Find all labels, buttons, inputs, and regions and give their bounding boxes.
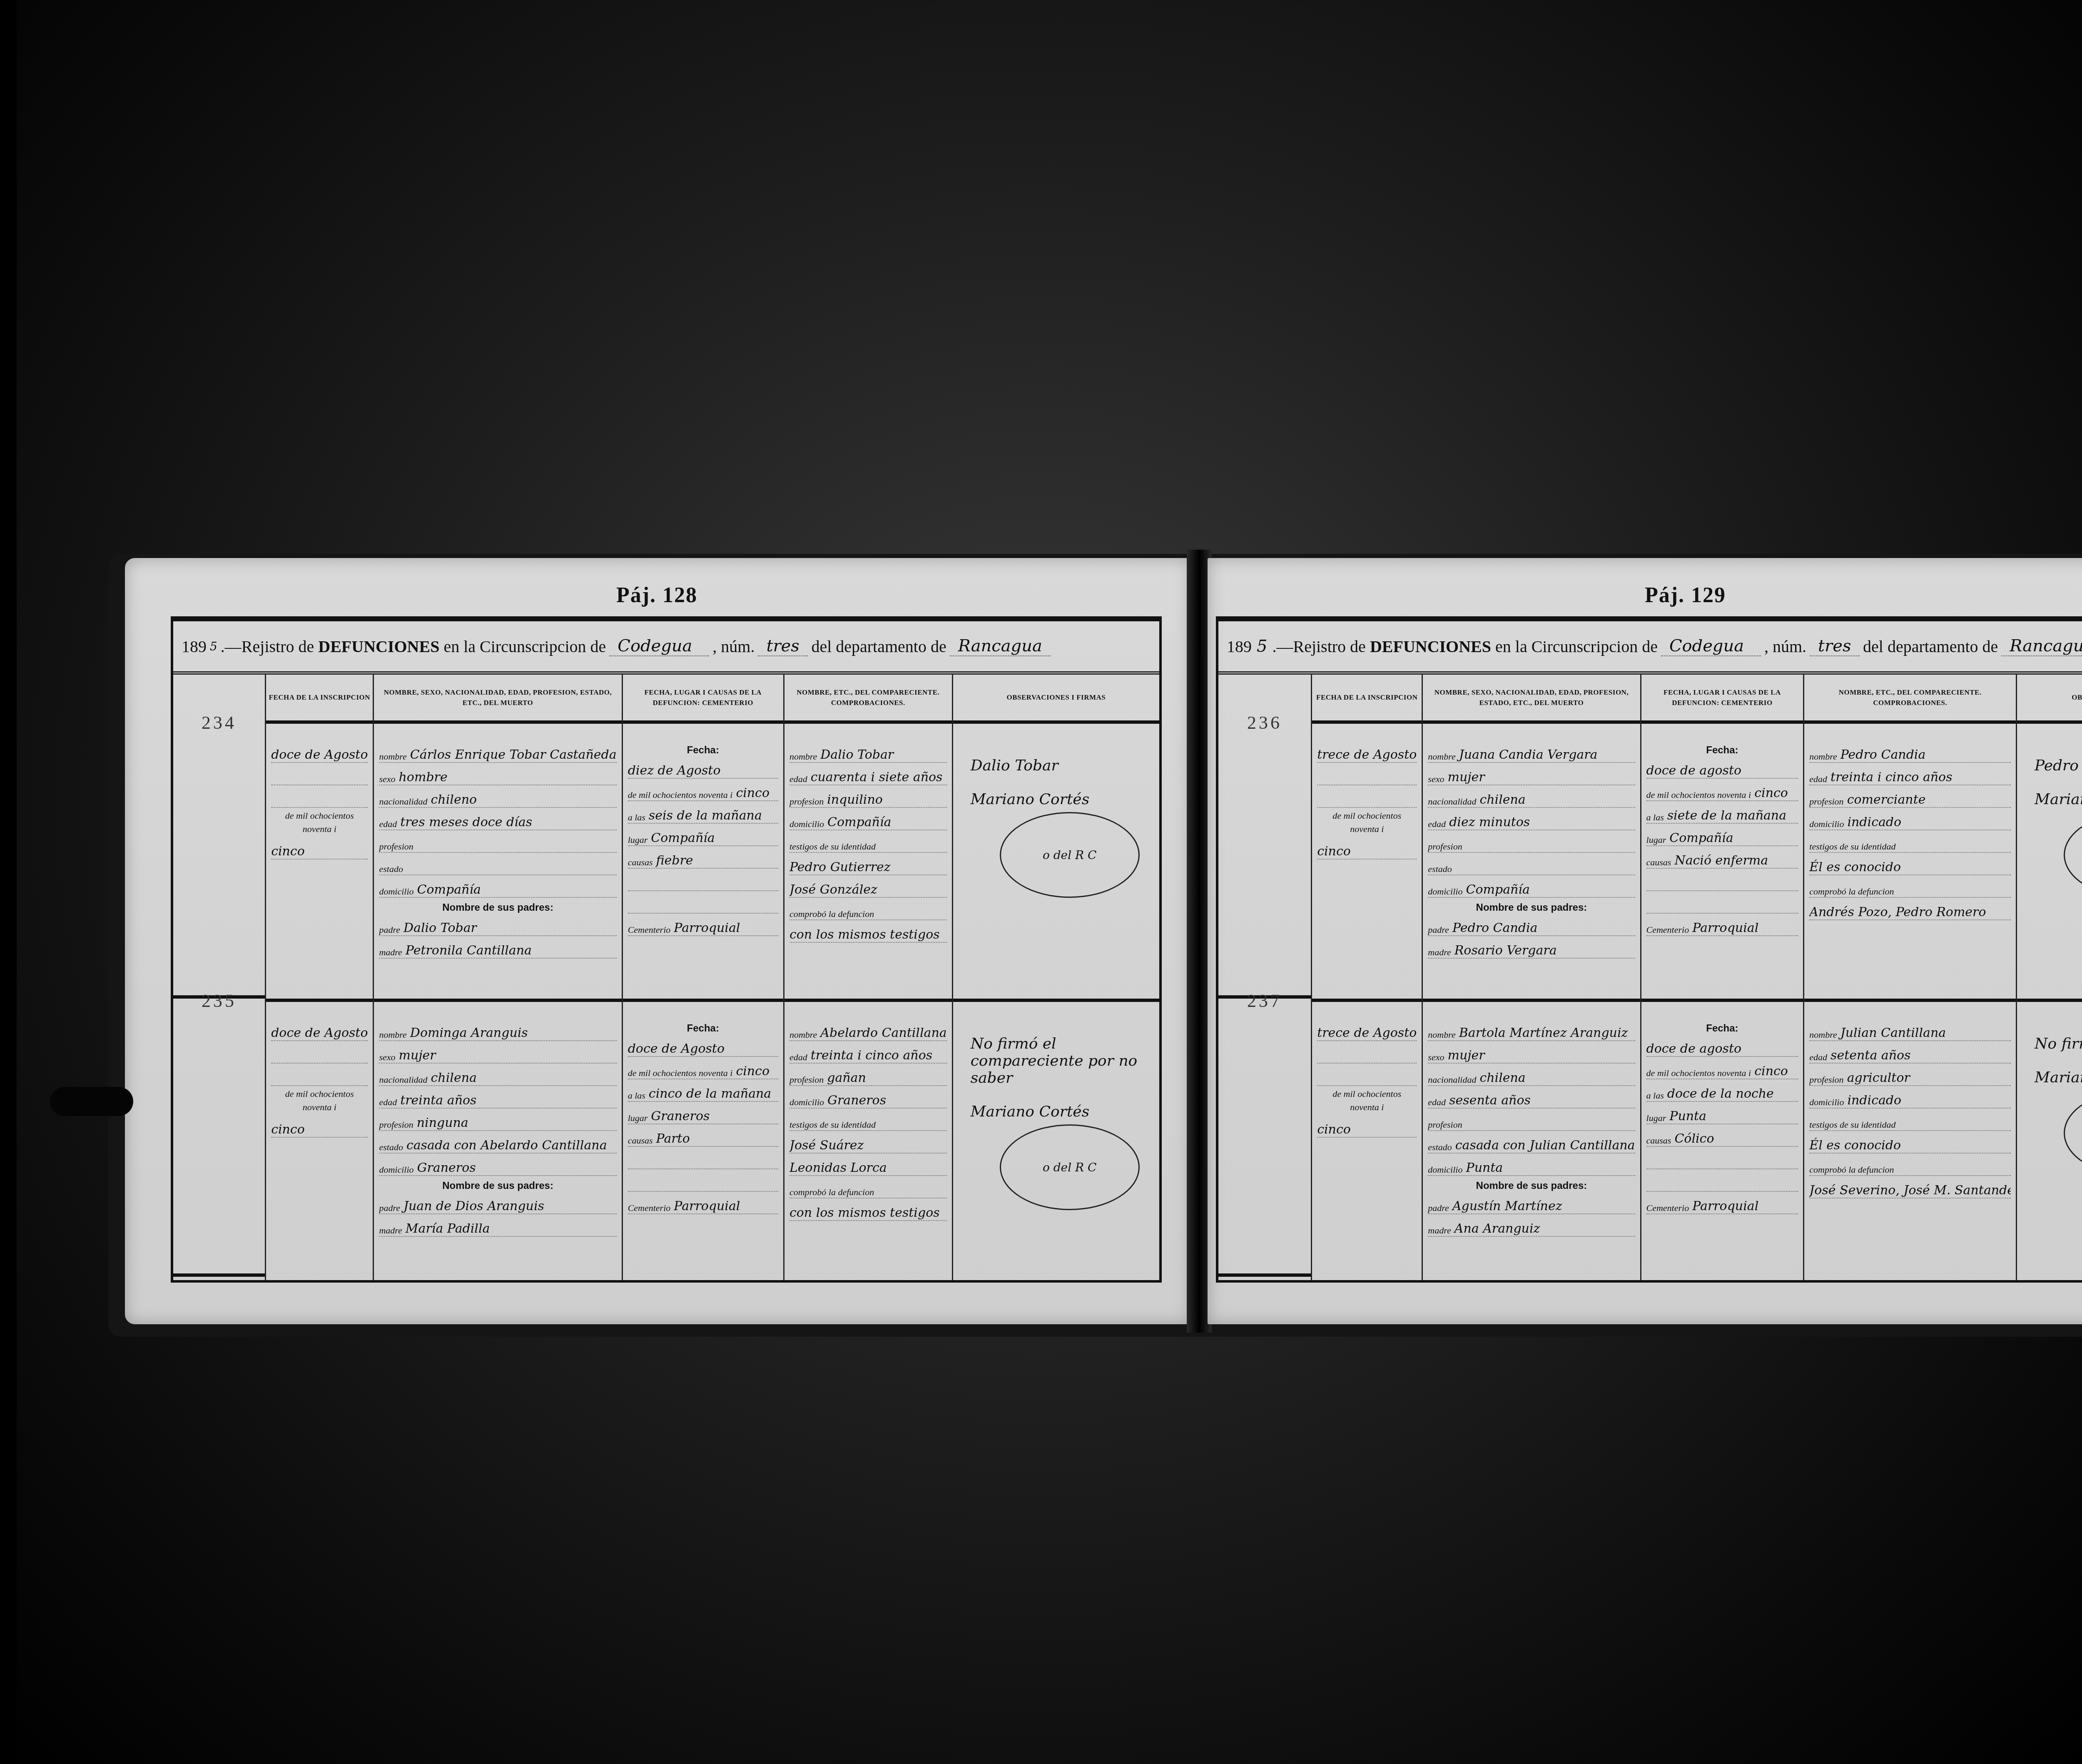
dept-label: del departamento de	[811, 637, 946, 656]
deceased-edad-value: diez minutos	[1449, 815, 1530, 830]
column-0: 236237	[1218, 675, 1312, 1280]
death-year-label: de mil ochocientos noventa i	[1646, 1068, 1751, 1079]
inscription-date-value: doce de Agosto	[271, 747, 368, 762]
inscription-year: cinco	[271, 837, 368, 860]
cemetery-label: Cementerio	[1646, 924, 1689, 935]
deceased-sexo-value: mujer	[1447, 770, 1484, 785]
deceased-sexo-value: hombre	[399, 770, 448, 785]
deceased-sexo-value: mujer	[399, 1048, 436, 1063]
deceased-nombre-value: Dominga Aranguis	[410, 1026, 528, 1040]
column-2: NOMBRE, SEXO, NACIONALIDAD, EDAD, PROFES…	[1423, 675, 1641, 1280]
column-header: NOMBRE, SEXO, NACIONALIDAD, EDAD, PROFES…	[1423, 675, 1640, 724]
verified-by-value: Andrés Pozo, Pedro Romero	[1809, 905, 1986, 919]
blank-line	[1646, 891, 1798, 914]
deceased-sexo: sexomujer	[379, 1041, 616, 1064]
death-time: a lasseis de la mañana	[628, 801, 778, 824]
declarant-nombre-value: Julian Cantillana	[1840, 1026, 1946, 1040]
deceased-nacionalidad-value: chilena	[1479, 792, 1525, 807]
deceased-profesion: profesion	[379, 830, 616, 853]
death-time-value: cinco de la mañana	[649, 1086, 771, 1101]
death-year: de mil ochocientos noventa icinco	[1646, 779, 1798, 801]
inscription-date: doce de Agosto	[271, 1019, 368, 1041]
cemetery-label: Cementerio	[628, 1203, 671, 1213]
deceased-edad-label: edad	[1428, 819, 1446, 830]
title-bold: DEFUNCIONES	[1370, 637, 1491, 656]
verified-by-value: José Severino, José M. Santander	[1809, 1183, 2011, 1198]
cemetery-value: Parroquial	[1692, 921, 1758, 935]
deceased-profesion: profesionninguna	[379, 1109, 616, 1131]
declarant-domicilio: domicilioCompañía	[789, 808, 947, 830]
deceased-madre-label: madre	[379, 1225, 402, 1236]
register-entry-cell: nombreJulian Cantillanaedadsetenta añosp…	[1804, 1002, 2016, 1280]
deceased-padre-value: Juan de Dios Aranguis	[403, 1199, 544, 1213]
circunscripcion-value: Codegua	[609, 636, 709, 656]
death-year: de mil ochocientos noventa icinco	[1646, 1057, 1798, 1079]
deceased-edad: edadtres meses doce días	[379, 808, 616, 830]
register-entry-cell: Fecha:doce de agostode mil ochocientos n…	[1641, 724, 1803, 1002]
death-time-label: a las	[628, 812, 645, 823]
deceased-estado-label: estado	[379, 1142, 403, 1153]
declarant-nombre: nombreDalio Tobar	[789, 740, 947, 763]
death-cause-value: Cólico	[1674, 1131, 1714, 1146]
declarant-domicilio-label: domicilio	[789, 1097, 824, 1108]
blank-line	[271, 1064, 368, 1086]
fecha-heading: Fecha:	[628, 745, 778, 756]
death-year-label: de mil ochocientos noventa i	[1646, 790, 1751, 800]
witnesses-label-label: testigos de su identidad	[1809, 841, 1895, 852]
register-entry-cell: trece de Agostode mil ochocientosnoventa…	[1312, 1002, 1422, 1280]
register-entry-cell: nombreDominga Aranguissexomujernacionali…	[374, 1002, 621, 1280]
deceased-nacionalidad-value: chilena	[1479, 1071, 1525, 1085]
register-entry-cell: nombreCárlos Enrique Tobar Castañedasexo…	[374, 724, 621, 1002]
column-header: FECHA DE LA INSCRIPCION	[266, 675, 373, 724]
title-text: .—Rejistro de	[1272, 637, 1365, 656]
death-cause: causasParto	[628, 1124, 778, 1147]
death-time: a lasdoce de la noche	[1646, 1079, 1798, 1102]
entry-number: 235	[178, 990, 260, 1012]
witness-value: Él es conocido	[1809, 1138, 1901, 1153]
declarant-edad-label: edad	[789, 774, 807, 785]
death-date-value: doce de Agosto	[628, 1041, 725, 1056]
death-place-value: Punta	[1669, 1109, 1706, 1124]
deceased-domicilio-label: domicilio	[379, 1164, 413, 1175]
declarant-edad-label: edad	[1809, 774, 1827, 785]
deceased-sexo-label: sexo	[1428, 774, 1444, 785]
blank-line	[1317, 785, 1417, 808]
year-line-1: de mil ochocientos	[1317, 1089, 1417, 1099]
cemetery: CementerioParroquial	[1646, 1192, 1798, 1214]
deceased-estado: estadocasada con Abelardo Cantillana	[379, 1131, 616, 1154]
year-line-2: noventa i	[271, 1102, 368, 1113]
declarant-profesion: profesioninquilino	[789, 785, 947, 808]
deceased-sexo-label: sexo	[1428, 1052, 1444, 1063]
deceased-edad-value: treinta años	[400, 1093, 476, 1108]
death-place-value: Compañía	[1669, 831, 1733, 845]
departamento-value: Rancagua	[950, 636, 1051, 656]
witnesses-label: testigos de su identidad	[1809, 1109, 2011, 1131]
death-year: de mil ochocientos noventa icinco	[628, 779, 778, 801]
deceased-estado-value: casada con Julian Cantillana	[1455, 1138, 1635, 1153]
declarant-domicilio-value: Compañía	[827, 815, 891, 830]
column-5: OBSERVACIONES I FIRMASDalio TobarMariano…	[953, 675, 1159, 1280]
deceased-nombre: nombreCárlos Enrique Tobar Castañeda	[379, 740, 616, 763]
deceased-domicilio-label: domicilio	[1428, 1164, 1462, 1175]
departamento-value: Rancagua	[2001, 636, 2082, 656]
column-3: FECHA, LUGAR I CAUSAS DE LA DEFUNCION: C…	[623, 675, 784, 1280]
column-1: FECHA DE LA INSCRIPCIONdoce de Agostode …	[266, 675, 374, 1280]
column-header: FECHA DE LA INSCRIPCION	[1312, 675, 1422, 724]
death-year-label: de mil ochocientos noventa i	[628, 790, 733, 800]
death-place: lugarGraneros	[628, 1102, 778, 1124]
deceased-nombre: nombreJuana Candia Vergara	[1428, 740, 1635, 763]
page-number: Páj. 128	[616, 583, 697, 608]
blank-line	[1317, 1064, 1417, 1086]
deceased-edad-value: sesenta años	[1449, 1093, 1531, 1108]
death-place-value: Compañía	[651, 831, 715, 845]
signature-flourish: o del R C	[1000, 812, 1140, 898]
witnesses-label-label: testigos de su identidad	[1809, 1119, 1895, 1130]
deceased-padre: padreJuan de Dios Aranguis	[379, 1192, 616, 1214]
witness: Pedro Gutierrez	[789, 853, 947, 875]
declarant-edad-value: treinta i cinco años	[1830, 770, 1952, 785]
verified-by: con los mismos testigos	[789, 920, 947, 943]
death-place: lugarCompañía	[628, 824, 778, 846]
deceased-estado-label: estado	[1428, 1142, 1452, 1153]
verified-label-label: comprobó la defuncion	[789, 1187, 874, 1198]
death-date: doce de agosto	[1646, 756, 1798, 779]
register-entry-cell: nombrePedro Candiaedadtreinta i cinco añ…	[1804, 724, 2016, 1002]
inscription-year-value: cinco	[1317, 844, 1351, 859]
title-mid: en la Circunscripcion de	[1495, 637, 1658, 656]
deceased-sexo-label: sexo	[379, 1052, 395, 1063]
deceased-nombre-label: nombre	[379, 1029, 406, 1040]
declarant-profesion-label: profesion	[789, 796, 824, 807]
deceased-nacionalidad-value: chileno	[431, 792, 477, 807]
declarant-profesion-value: gañan	[827, 1071, 866, 1085]
column-2: NOMBRE, SEXO, NACIONALIDAD, EDAD, PROFES…	[374, 675, 623, 1280]
deceased-padre: padreDalio Tobar	[379, 914, 616, 936]
deceased-nacionalidad-label: nacionalidad	[1428, 1074, 1476, 1085]
deceased-estado: estado	[379, 853, 616, 875]
declarant-nombre: nombreAbelardo Cantillana	[789, 1019, 947, 1041]
deceased-profesion-label: profesion	[1428, 1119, 1462, 1130]
death-date: doce de Agosto	[628, 1034, 778, 1057]
death-place-label: lugar	[628, 1113, 648, 1124]
year-line-1: de mil ochocientos	[1317, 810, 1417, 821]
declarant-edad: edadtreinta i cinco años	[1809, 763, 2011, 785]
death-place-label: lugar	[1646, 1113, 1666, 1124]
register-title: 1895 .—Rejistro de DEFUNCIONES en la Cir…	[1218, 621, 2082, 675]
death-place-label: lugar	[1646, 835, 1666, 845]
death-cause-value: Parto	[656, 1131, 690, 1146]
witnesses-label: testigos de su identidad	[789, 1109, 947, 1131]
deceased-profesion-label: profesion	[379, 841, 413, 852]
deceased-padre-value: Pedro Candia	[1452, 921, 1538, 935]
signature-officer: Mariano Cortés	[971, 791, 1154, 808]
verified-by: José Severino, José M. Santander	[1809, 1176, 2011, 1198]
year-suffix: 5	[1255, 637, 1269, 656]
death-cause: causasNació enferma	[1646, 846, 1798, 869]
deceased-padre-value: Dalio Tobar	[403, 921, 477, 935]
blank-line	[1646, 1147, 1798, 1169]
year-suffix: 5	[210, 640, 217, 653]
witness-value: Él es conocido	[1809, 860, 1901, 875]
witness-value: Pedro Gutierrez	[789, 860, 891, 875]
deceased-madre-label: madre	[1428, 947, 1451, 958]
deceased-domicilio: domicilioCompañía	[1428, 875, 1635, 898]
deceased-madre-label: madre	[379, 947, 402, 958]
deceased-nombre-label: nombre	[1428, 1029, 1455, 1040]
deceased-nacionalidad: nacionalidadchilena	[379, 1064, 616, 1086]
declarant-domicilio-value: indicado	[1847, 815, 1901, 830]
declarant-edad-label: edad	[1809, 1052, 1827, 1063]
parents-heading: Nombre de sus padres:	[1428, 902, 1635, 914]
death-year-label: de mil ochocientos noventa i	[628, 1068, 733, 1079]
title-text: .—Rejistro de	[221, 637, 314, 656]
verified-label: comprobó la defuncion	[789, 1176, 947, 1198]
deceased-nombre-label: nombre	[379, 751, 406, 762]
column-header: NOMBRE, ETC., DEL COMPARECIENTE. COMPROB…	[1804, 675, 2016, 724]
inscription-year-value: cinco	[1317, 1122, 1351, 1137]
deceased-padre-label: padre	[379, 924, 400, 935]
death-date-value: doce de agosto	[1646, 763, 1742, 778]
deceased-nombre: nombreDominga Aranguis	[379, 1019, 616, 1041]
page-number: Páj. 129	[1645, 583, 1726, 608]
deceased-nacionalidad-label: nacionalidad	[379, 796, 427, 807]
blank-line	[1317, 763, 1417, 785]
deceased-nacionalidad-label: nacionalidad	[379, 1074, 427, 1085]
register-entry-cell: 235	[173, 999, 265, 1277]
death-place-label: lugar	[628, 835, 648, 845]
register-entry-cell: trece de Agostode mil ochocientosnoventa…	[1312, 724, 1422, 1002]
cemetery: CementerioParroquial	[628, 1192, 778, 1214]
declarant-edad: edadcuarenta i siete años	[789, 763, 947, 785]
declarant-profesion-value: comerciante	[1847, 792, 1926, 807]
register-entry-cell: Fecha:doce de Agostode mil ochocientos n…	[623, 1002, 783, 1280]
entry-number: 234	[178, 712, 260, 733]
death-year-value: cinco	[736, 1064, 770, 1079]
verified-by-value: con los mismos testigos	[789, 1206, 940, 1220]
declarant-domicilio-value: Graneros	[827, 1093, 886, 1108]
inscription-date-value: doce de Agosto	[271, 1026, 368, 1040]
register-entry-cell: nombreDalio Tobaredadcuarenta i siete añ…	[784, 724, 952, 1002]
signature-flourish: o del R C	[2064, 812, 2082, 898]
deceased-padre: padrePedro Candia	[1428, 914, 1635, 936]
witnesses-label-label: testigos de su identidad	[789, 1119, 876, 1130]
declarant-profesion-value: agricultor	[1847, 1071, 1910, 1085]
inscription-year-value: cinco	[271, 1122, 305, 1137]
deceased-madre: madreAna Aranguiz	[1428, 1214, 1635, 1237]
title-mid: en la Circunscripcion de	[443, 637, 606, 656]
death-place: lugarPunta	[1646, 1102, 1798, 1124]
column-header: OBSERVACIONES I FIRMAS	[2017, 675, 2082, 724]
deceased-estado-value: casada con Abelardo Cantillana	[406, 1138, 607, 1153]
register-entry-cell: Fecha:doce de agostode mil ochocientos n…	[1641, 1002, 1803, 1280]
declarant-domicilio-label: domicilio	[1809, 1097, 1844, 1108]
declarant-profesion: profesionagricultor	[1809, 1064, 2011, 1086]
column-header: NOMBRE, ETC., DEL COMPARECIENTE. COMPROB…	[784, 675, 952, 724]
deceased-nombre-value: Juana Candia Vergara	[1459, 747, 1598, 762]
signature-flourish: o del R C	[2064, 1090, 2082, 1176]
witness: Leonidas Lorca	[789, 1154, 947, 1176]
declarant-nombre-value: Pedro Candia	[1840, 747, 1926, 762]
register-entry-cell: Dalio TobarMariano Cortéso del R C	[953, 724, 1159, 1002]
deceased-domicilio: domicilioPunta	[1428, 1154, 1635, 1176]
inscription-date-value: trece de Agosto	[1317, 1026, 1417, 1040]
death-year-value: cinco	[736, 786, 770, 800]
declarant-domicilio: domicilioindicado	[1809, 808, 2011, 830]
declarant-edad-label: edad	[789, 1052, 807, 1063]
witness-value: Leonidas Lorca	[789, 1161, 887, 1175]
deceased-estado: estado	[1428, 853, 1635, 875]
deceased-domicilio-label: domicilio	[1428, 886, 1462, 897]
entry-number: 236	[1223, 712, 1306, 733]
declarant-nombre-label: nombre	[1809, 1029, 1837, 1040]
deceased-madre: madrePetronila Cantillana	[379, 936, 616, 959]
register-entry-cell: No firmó el compareciente por no saberMa…	[953, 1002, 1159, 1280]
deceased-madre-value: Petronila Cantillana	[406, 943, 532, 958]
deceased-sexo: sexomujer	[1428, 763, 1635, 785]
num-value: tres	[1810, 636, 1860, 656]
declarant-domicilio-label: domicilio	[789, 819, 824, 830]
verified-label: comprobó la defuncion	[789, 898, 947, 920]
declarant-edad-value: treinta i cinco años	[811, 1048, 932, 1063]
declarant-edad-value: setenta años	[1830, 1048, 1910, 1063]
declarant-edad: edadsetenta años	[1809, 1041, 2011, 1064]
deceased-nombre: nombreBartola Martínez Aranguiz	[1428, 1019, 1635, 1041]
verified-label: comprobó la defuncion	[1809, 1154, 2011, 1176]
declarant-nombre-label: nombre	[789, 751, 817, 762]
declarant-nombre-label: nombre	[1809, 751, 1837, 762]
deceased-nacionalidad-value: chilena	[431, 1071, 477, 1085]
blank-line	[1646, 1169, 1798, 1192]
column-header: FECHA, LUGAR I CAUSAS DE LA DEFUNCION: C…	[623, 675, 783, 724]
blank-line	[1317, 1041, 1417, 1064]
death-cause-value: fiebre	[656, 853, 693, 868]
year-line-2: noventa i	[1317, 824, 1417, 835]
inscription-year-value: cinco	[271, 844, 305, 859]
column-header: OBSERVACIONES I FIRMAS	[953, 675, 1159, 724]
declarant-edad-value: cuarenta i siete años	[811, 770, 943, 785]
death-time-label: a las	[628, 1090, 645, 1101]
death-cause-label: causas	[1646, 1135, 1671, 1146]
blank-line	[628, 891, 778, 914]
declarant-domicilio: domicilioGraneros	[789, 1086, 947, 1109]
death-place: lugarCompañía	[1646, 824, 1798, 846]
column-header: NOMBRE, SEXO, NACIONALIDAD, EDAD, PROFES…	[374, 675, 621, 724]
death-cause-label: causas	[628, 1135, 653, 1146]
verified-label-label: comprobó la defuncion	[1809, 886, 1894, 897]
deceased-domicilio-value: Compañía	[417, 882, 481, 897]
register-columns: 236237FECHA DE LA INSCRIPCIONtrece de Ag…	[1218, 675, 2082, 1280]
year-prefix: 189	[182, 637, 207, 656]
column-header: FECHA, LUGAR I CAUSAS DE LA DEFUNCION: C…	[1641, 675, 1803, 724]
deceased-profesion: profesion	[1428, 830, 1635, 853]
register-entry-cell: doce de Agostode mil ochocientosnoventa …	[266, 1002, 373, 1280]
cemetery: CementerioParroquial	[1646, 914, 1798, 936]
signature-officer: Mariano Cortés	[971, 1103, 1154, 1120]
year-prefix: 189	[1227, 637, 1252, 656]
declarant-profesion-label: profesion	[1809, 1074, 1843, 1085]
witness: Él es conocido	[1809, 853, 2011, 875]
register-entry-cell: nombreBartola Martínez Aranguizsexomujer…	[1423, 1002, 1640, 1280]
deceased-domicilio-value: Punta	[1466, 1161, 1503, 1175]
column-1: FECHA DE LA INSCRIPCIONtrece de Agostode…	[1312, 675, 1423, 1280]
witness-value: José Suárez	[789, 1138, 864, 1153]
register-title: 1895 .—Rejistro de DEFUNCIONES en la Cir…	[173, 621, 1159, 675]
year-line-1: de mil ochocientos	[271, 810, 368, 821]
death-time: a lassiete de la mañana	[1646, 801, 1798, 824]
observation-note: No firmó el compareciente por no saber	[971, 1035, 1154, 1086]
death-time-value: seis de la mañana	[649, 808, 762, 823]
declarant-edad: edadtreinta i cinco años	[789, 1041, 947, 1064]
declarant-profesion-label: profesion	[789, 1074, 824, 1085]
declarant-domicilio-value: indicado	[1847, 1093, 1901, 1108]
cemetery-value: Parroquial	[674, 921, 740, 935]
cemetery-value: Parroquial	[674, 1199, 740, 1213]
inscription-date: trece de Agosto	[1317, 740, 1417, 763]
deceased-padre: padreAgustín Martínez	[1428, 1192, 1635, 1214]
deceased-domicilio-label: domicilio	[379, 886, 413, 897]
deceased-madre: madreMaría Padilla	[379, 1214, 616, 1237]
deceased-edad-label: edad	[379, 1097, 397, 1108]
declarant-nombre-value: Dalio Tobar	[820, 747, 894, 762]
deceased-nombre-value: Bartola Martínez Aranguiz	[1459, 1026, 1628, 1040]
declarant-nombre: nombreJulian Cantillana	[1809, 1019, 2011, 1041]
deceased-nombre-label: nombre	[1428, 751, 1455, 762]
register-entry-cell: 234	[173, 720, 265, 999]
blank-line	[271, 763, 368, 785]
witness: José González	[789, 875, 947, 898]
witnesses-label: testigos de su identidad	[1809, 830, 2011, 853]
register-columns: 234235FECHA DE LA INSCRIPCIONdoce de Ago…	[173, 675, 1159, 1280]
column-4: NOMBRE, ETC., DEL COMPARECIENTE. COMPROB…	[784, 675, 953, 1280]
circunscripcion-value: Codegua	[1661, 636, 1761, 656]
inscription-year: cinco	[1317, 1115, 1417, 1138]
declarant-profesion-value: inquilino	[827, 792, 883, 807]
declarant-profesion: profesioncomerciante	[1809, 785, 2011, 808]
deceased-domicilio: domicilioGraneros	[379, 1154, 616, 1176]
inscription-year: cinco	[1317, 837, 1417, 860]
death-date: doce de agosto	[1646, 1034, 1798, 1057]
dept-label: del departamento de	[1863, 637, 1998, 656]
register-entry-cell: nombreJuana Candia Vergarasexomujernacio…	[1423, 724, 1640, 1002]
register-entry-cell: Fecha:diez de Agostode mil ochocientos n…	[623, 724, 783, 1002]
cemetery-label: Cementerio	[628, 924, 671, 935]
page-right: Páj. 129 1895 .—Rejistro de DEFUNCIONES …	[1208, 558, 2082, 1324]
declarant-domicilio-label: domicilio	[1809, 819, 1844, 830]
witness: Él es conocido	[1809, 1131, 2011, 1154]
death-cause-value: Nació enferma	[1674, 853, 1768, 868]
register-entry-cell: doce de Agostode mil ochocientosnoventa …	[266, 724, 373, 1002]
declarant-domicilio: domicilioindicado	[1809, 1086, 2011, 1109]
blank-line	[271, 1041, 368, 1064]
witnesses-label: testigos de su identidad	[789, 830, 947, 853]
verified-label: comprobó la defuncion	[1809, 875, 2011, 898]
death-date-value: diez de Agosto	[628, 763, 721, 778]
inscription-date: doce de Agosto	[271, 740, 368, 763]
register-frame: 1895 .—Rejistro de DEFUNCIONES en la Cir…	[1216, 616, 2082, 1283]
signature-officer: Mariano Cortés	[2035, 1069, 2082, 1086]
deceased-nacionalidad: nacionalidadchilena	[1428, 1064, 1635, 1086]
deceased-nacionalidad-label: nacionalidad	[1428, 796, 1476, 807]
death-cause-label: causas	[1646, 857, 1671, 868]
deceased-madre: madreRosario Vergara	[1428, 936, 1635, 959]
verified-label-label: comprobó la defuncion	[1809, 1164, 1894, 1175]
death-year-value: cinco	[1754, 786, 1788, 800]
parents-heading: Nombre de sus padres:	[1428, 1180, 1635, 1192]
deceased-estado: estadocasada con Julian Cantillana	[1428, 1131, 1635, 1154]
